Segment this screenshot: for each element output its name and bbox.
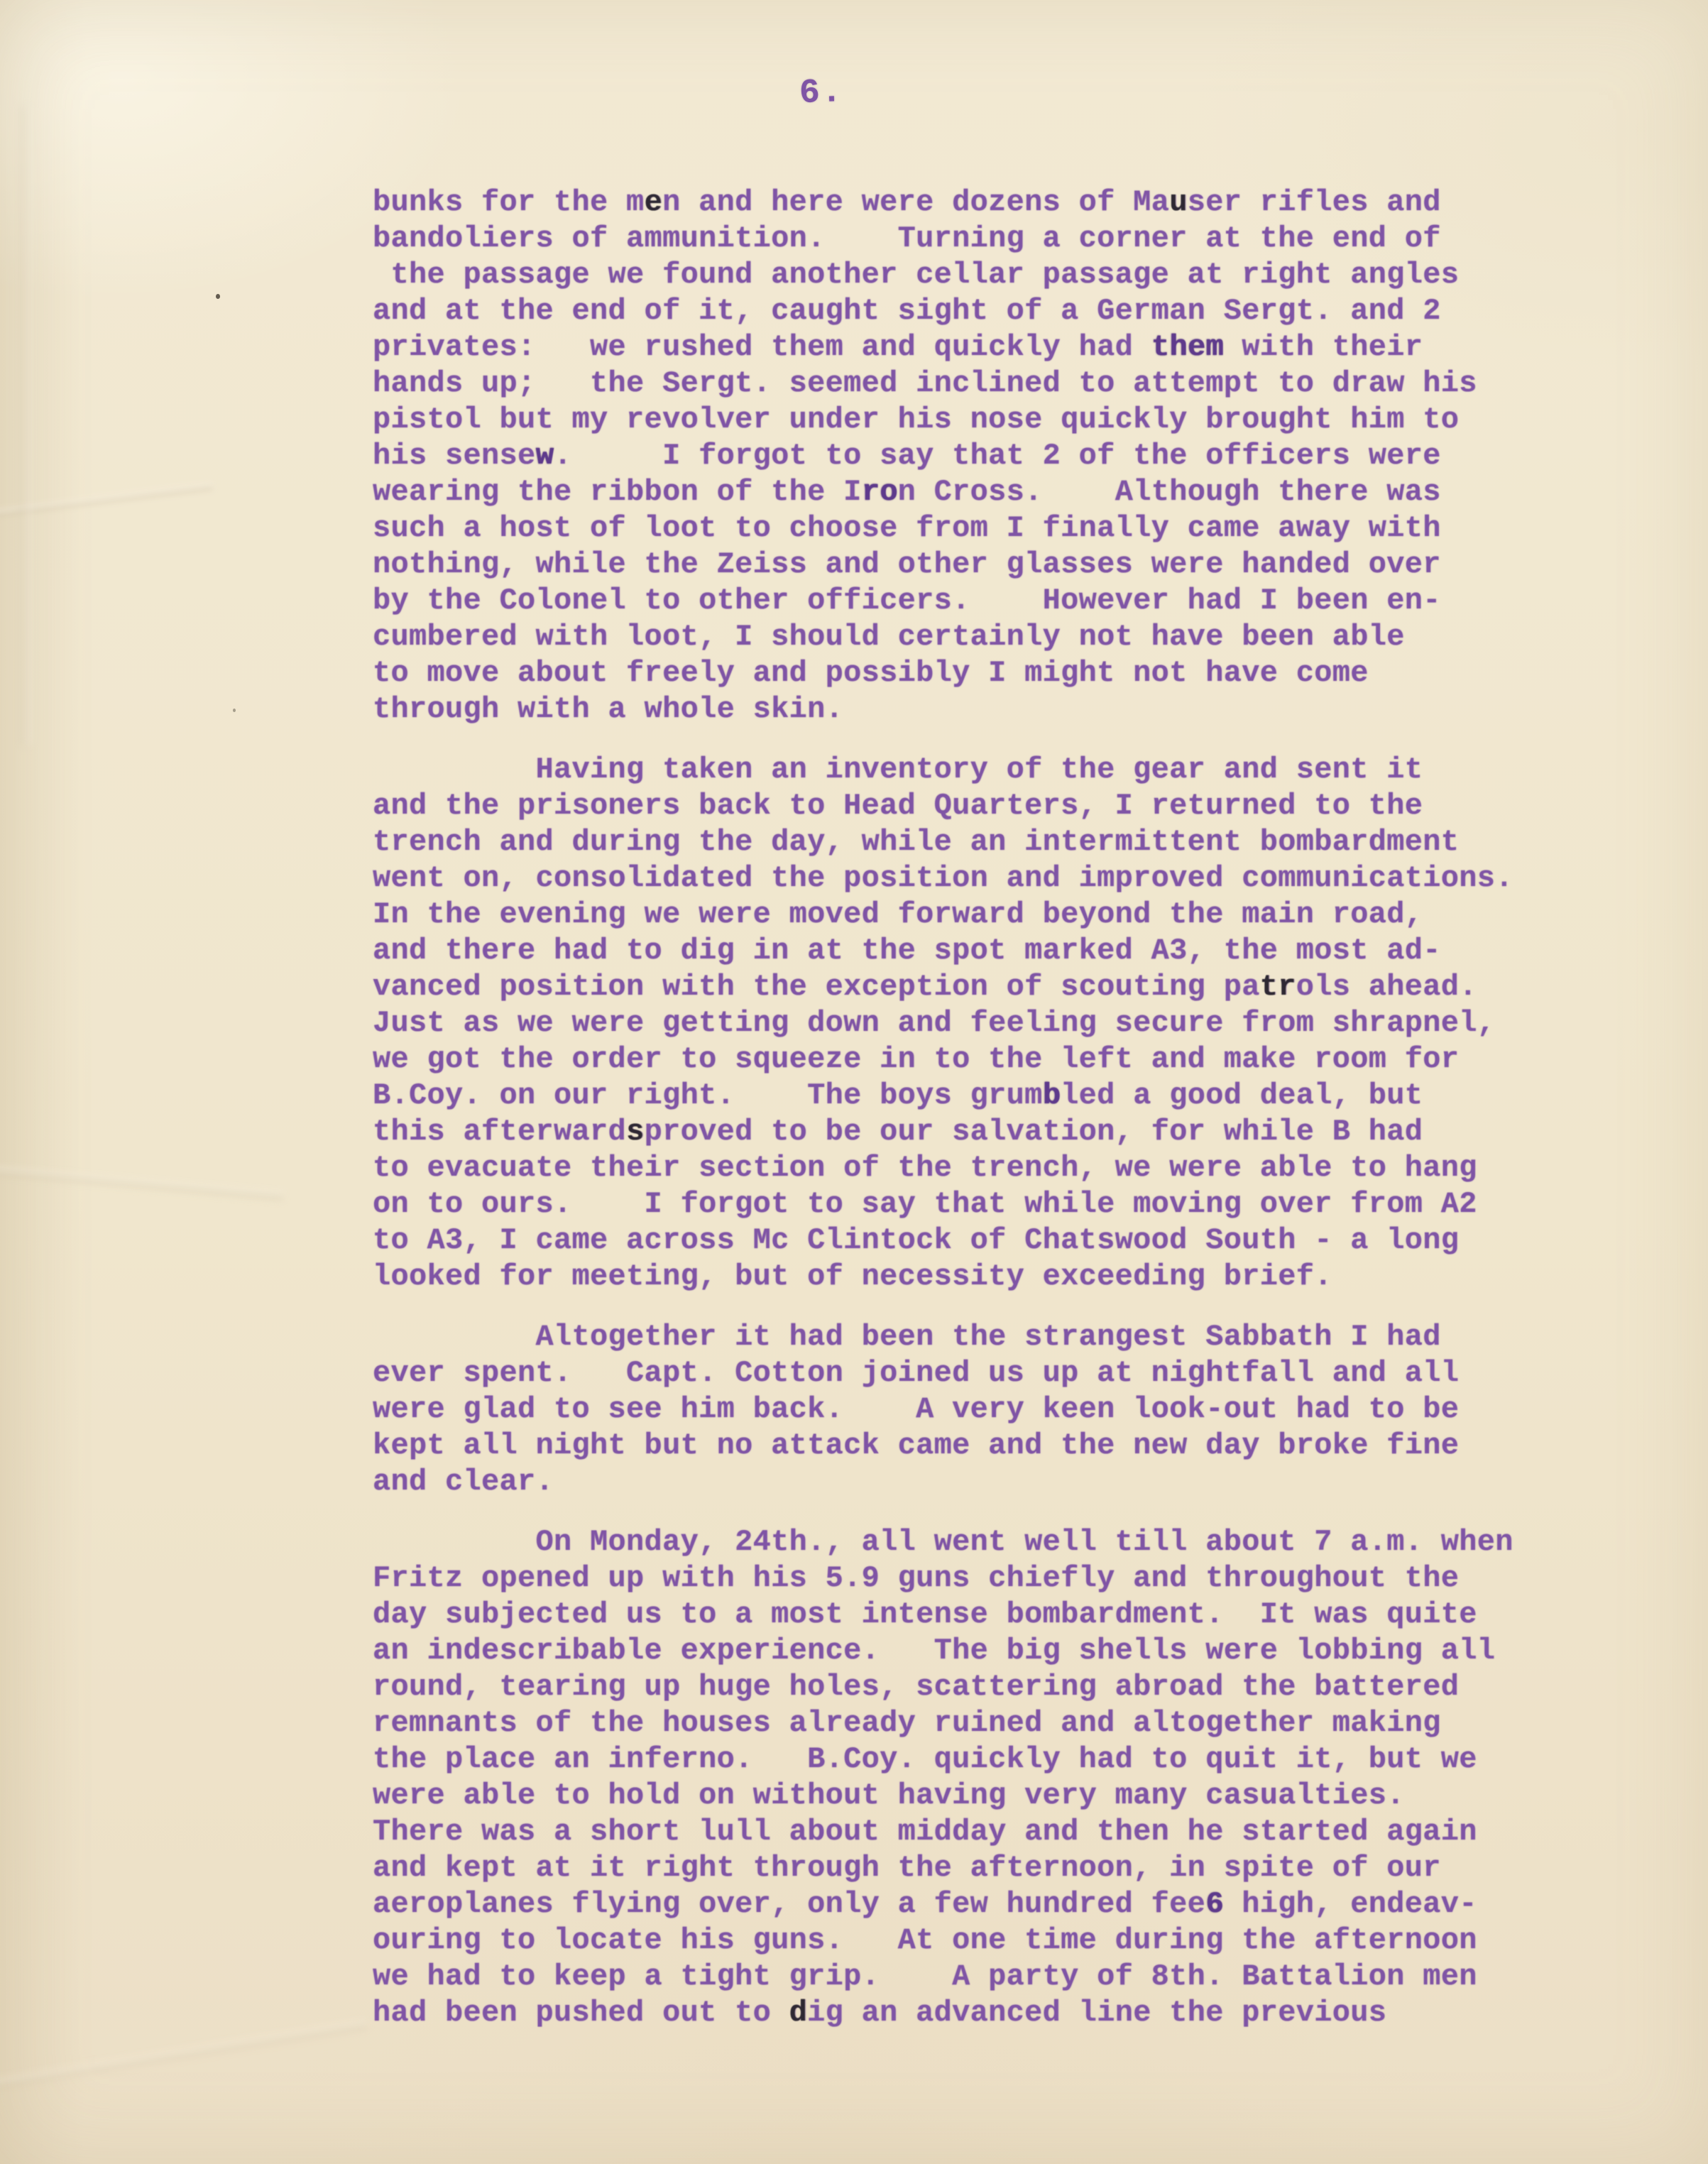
paragraph: bunks for the men and here were dozens o…	[373, 185, 1594, 728]
text-line: and there had to dig in at the spot mark…	[373, 933, 1594, 969]
text-line: On Monday, 24th., all went well till abo…	[373, 1524, 1594, 1561]
text-segment: ouring to locate his guns. At one time d…	[373, 1923, 1477, 1957]
overstrike-text: ro	[862, 475, 898, 509]
text-segment: were able to hold on without having very…	[373, 1778, 1405, 1813]
document-page: 6. bunks for the men and here were dozen…	[0, 0, 1708, 2164]
text-line: hands up; the Sergt. seemed inclined to …	[373, 366, 1594, 402]
text-line: to evacuate their section of the trench,…	[373, 1150, 1594, 1186]
overstrike-text: w	[536, 439, 554, 473]
text-segment: this afterward	[373, 1115, 626, 1149]
text-line: by the Colonel to other officers. Howeve…	[373, 583, 1594, 619]
text-line: this afterwardsproved to be our salvatio…	[373, 1114, 1594, 1150]
text-line: the place an inferno. B.Coy. quickly had…	[373, 1742, 1594, 1778]
text-segment: his sense	[373, 439, 536, 473]
text-segment: Altogether it had been the strangest Sab…	[373, 1320, 1441, 1354]
text-segment: Having taken an inventory of the gear an…	[373, 753, 1423, 787]
text-segment: the passage we found another cellar pass…	[373, 258, 1459, 292]
text-segment: led a good deal, but	[1061, 1078, 1423, 1113]
text-segment: n and here were dozens of Ma	[662, 185, 1169, 219]
text-segment: and there had to dig in at the spot mark…	[373, 934, 1441, 968]
text-line: vanced position with the exception of sc…	[373, 969, 1594, 1005]
text-segment: . I forgot to say that 2 of the officers…	[554, 439, 1441, 473]
text-line: were glad to see him back. A very keen l…	[373, 1392, 1594, 1428]
text-line: nothing, while the Zeiss and other glass…	[373, 547, 1594, 583]
text-line: In the evening we were moved forward bey…	[373, 897, 1594, 933]
ink-speck	[233, 709, 236, 712]
text-segment: privates: we rushed them and quickly had	[373, 330, 1151, 364]
text-segment: bandoliers of ammunition. Turning a corn…	[373, 222, 1441, 256]
page-number: 6.	[799, 73, 843, 113]
text-segment: ever spent. Capt. Cotton joined us up at…	[373, 1356, 1459, 1390]
text-segment: vanced position with the exception of sc…	[373, 970, 1260, 1004]
text-line: Fritz opened up with his 5.9 guns chiefl…	[373, 1561, 1594, 1597]
paragraph: On Monday, 24th., all went well till abo…	[373, 1524, 1594, 2031]
text-segment: to evacuate their section of the trench,…	[373, 1151, 1477, 1185]
overstrike-text: 6	[1205, 1887, 1224, 1921]
text-line: and kept at it right through the afterno…	[373, 1850, 1594, 1886]
text-segment: we had to keep a tight grip. A party of …	[373, 1960, 1477, 1994]
paper-crease	[21, 106, 31, 745]
text-line: remnants of the houses already ruined an…	[373, 1705, 1594, 1742]
paper-crease	[0, 483, 212, 518]
paper-crease	[0, 1165, 284, 1200]
overstrike-text: them	[1151, 330, 1224, 364]
text-line: day subjected us to a most intense bomba…	[373, 1597, 1594, 1633]
ink-speck	[216, 294, 220, 299]
text-segment: wearing the ribbon of the I	[373, 475, 862, 509]
text-segment: the place an inferno. B.Coy. quickly had…	[373, 1742, 1477, 1776]
text-segment: hands up; the Sergt. seemed inclined to …	[373, 366, 1477, 400]
text-line: Altogether it had been the strangest Sab…	[373, 1319, 1594, 1355]
text-segment: looked for meeting, but of necessity exc…	[373, 1259, 1332, 1294]
text-segment: to A3, I came across Mc Clintock of Chat…	[373, 1223, 1459, 1257]
text-line: ever spent. Capt. Cotton joined us up at…	[373, 1355, 1594, 1392]
text-segment: had been pushed out to	[373, 1996, 789, 2030]
text-line: B.Coy. on our right. The boys grumbled a…	[373, 1078, 1594, 1114]
text-segment: were glad to see him back. A very keen l…	[373, 1392, 1459, 1426]
text-segment: n Cross. Although there was	[898, 475, 1441, 509]
text-line: and the prisoners back to Head Quarters,…	[373, 788, 1594, 824]
text-segment: high, endeav-	[1224, 1887, 1477, 1921]
text-line: Having taken an inventory of the gear an…	[373, 752, 1594, 788]
text-line: we had to keep a tight grip. A party of …	[373, 1959, 1594, 1995]
text-segment: ig an advanced line the previous	[807, 1996, 1386, 2030]
text-segment: pistol but my revolver under his nose qu…	[373, 403, 1459, 437]
text-segment: we got the order to squeeze in to the le…	[373, 1042, 1459, 1076]
text-line: bunks for the men and here were dozens o…	[373, 185, 1594, 221]
text-segment: Just as we were getting down and feeling…	[373, 1006, 1495, 1040]
text-line: wearing the ribbon of the Iron Cross. Al…	[373, 474, 1594, 510]
text-segment: with their	[1224, 330, 1423, 364]
text-segment: kept all night but no attack came and th…	[373, 1428, 1459, 1463]
text-segment: an indescribable experience. The big she…	[373, 1634, 1495, 1668]
text-line: had been pushed out to dig an advanced l…	[373, 1995, 1594, 2031]
text-segment: proved to be our salvation, for while B …	[645, 1115, 1423, 1149]
text-segment: B.Coy. on our right. The boys grum	[373, 1078, 1043, 1113]
text-segment: trench and during the day, while an inte…	[373, 825, 1459, 859]
text-line: looked for meeting, but of necessity exc…	[373, 1259, 1594, 1295]
text-line: There was a short lull about midday and …	[373, 1814, 1594, 1850]
text-line: and clear.	[373, 1464, 1594, 1500]
text-segment: to move about freely and possibly I migh…	[373, 656, 1369, 690]
text-segment: and clear.	[373, 1465, 554, 1499]
text-segment: aeroplanes flying over, only a few hundr…	[373, 1887, 1205, 1921]
text-line: pistol but my revolver under his nose qu…	[373, 402, 1594, 438]
overstrike-text: s	[626, 1115, 645, 1149]
text-segment: ols ahead.	[1296, 970, 1477, 1004]
text-line: an indescribable experience. The big she…	[373, 1633, 1594, 1669]
text-segment: round, tearing up huge holes, scattering…	[373, 1670, 1459, 1704]
text-segment: and kept at it right through the afterno…	[373, 1851, 1441, 1885]
text-segment: cumbered with loot, I should certainly n…	[373, 620, 1405, 654]
text-segment: There was a short lull about midday and …	[373, 1815, 1477, 1849]
overstrike-text: u	[1169, 185, 1188, 219]
text-segment: nothing, while the Zeiss and other glass…	[373, 547, 1441, 581]
text-line: to move about freely and possibly I migh…	[373, 655, 1594, 692]
paragraph: Altogether it had been the strangest Sab…	[373, 1319, 1594, 1500]
text-segment: On Monday, 24th., all went well till abo…	[373, 1525, 1513, 1559]
text-segment: such a host of loot to choose from I fin…	[373, 511, 1441, 545]
paragraph: Having taken an inventory of the gear an…	[373, 752, 1594, 1295]
text-line: bandoliers of ammunition. Turning a corn…	[373, 221, 1594, 257]
text-segment: through with a whole skin.	[373, 692, 843, 726]
text-line: Just as we were getting down and feeling…	[373, 1005, 1594, 1042]
text-segment: remnants of the houses already ruined an…	[373, 1706, 1441, 1740]
paper-crease	[0, 2021, 367, 2091]
text-line: kept all night but no attack came and th…	[373, 1428, 1594, 1464]
text-line: on to ours. I forgot to say that while m…	[373, 1186, 1594, 1223]
text-segment: In the evening we were moved forward bey…	[373, 897, 1423, 931]
text-line: and at the end of it, caught sight of a …	[373, 293, 1594, 329]
overstrike-text: e	[645, 185, 663, 219]
overstrike-text: b	[1043, 1078, 1061, 1113]
text-segment: bunks for the m	[373, 185, 645, 219]
text-line: round, tearing up huge holes, scattering…	[373, 1669, 1594, 1705]
text-line: aeroplanes flying over, only a few hundr…	[373, 1886, 1594, 1923]
text-line: privates: we rushed them and quickly had…	[373, 329, 1594, 366]
text-segment: ser rifles and	[1188, 185, 1441, 219]
text-line: were able to hold on without having very…	[373, 1778, 1594, 1814]
text-line: trench and during the day, while an inte…	[373, 824, 1594, 860]
text-segment: by the Colonel to other officers. Howeve…	[373, 584, 1441, 618]
text-segment: and the prisoners back to Head Quarters,…	[373, 789, 1423, 823]
text-line: such a host of loot to choose from I fin…	[373, 510, 1594, 547]
overstrike-text: tr	[1260, 970, 1296, 1004]
text-segment: day subjected us to a most intense bomba…	[373, 1597, 1477, 1632]
text-segment: and at the end of it, caught sight of a …	[373, 294, 1441, 328]
text-line: ouring to locate his guns. At one time d…	[373, 1923, 1594, 1959]
text-segment: went on, consolidated the position and i…	[373, 861, 1513, 895]
text-line: cumbered with loot, I should certainly n…	[373, 619, 1594, 655]
text-segment: on to ours. I forgot to say that while m…	[373, 1187, 1477, 1221]
text-line: through with a whole skin.	[373, 692, 1594, 728]
overstrike-text: d	[789, 1996, 808, 2030]
text-line: to A3, I came across Mc Clintock of Chat…	[373, 1223, 1594, 1259]
text-segment: Fritz opened up with his 5.9 guns chiefl…	[373, 1561, 1459, 1595]
text-line: the passage we found another cellar pass…	[373, 257, 1594, 293]
text-line: we got the order to squeeze in to the le…	[373, 1042, 1594, 1078]
text-line: went on, consolidated the position and i…	[373, 860, 1594, 897]
typewritten-text: bunks for the men and here were dozens o…	[373, 185, 1594, 2031]
text-line: his sensew. I forgot to say that 2 of th…	[373, 438, 1594, 474]
